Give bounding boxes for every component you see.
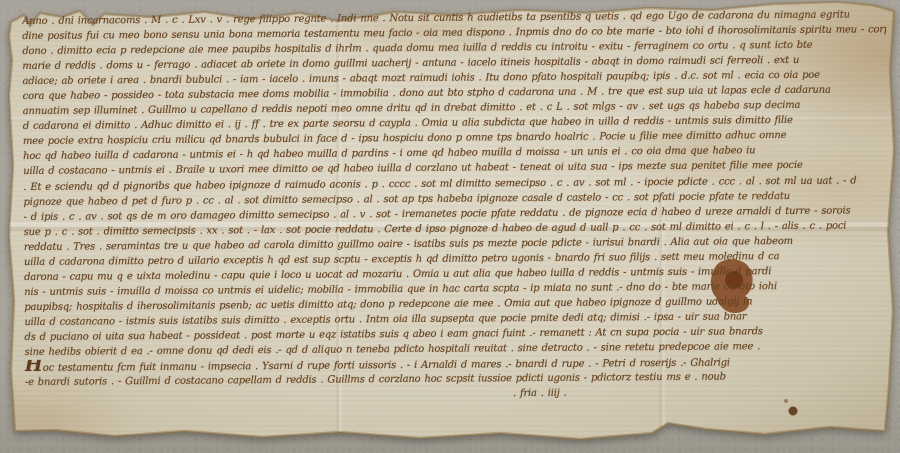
manuscript-line-dateline: . fria . iiij .: [513, 383, 889, 401]
manuscript-text: Anno . dni incarnacoms . M . c . Lxv . v…: [22, 7, 889, 426]
photo-background: Anno . dni incarnacoms . M . c . Lxv . v…: [0, 0, 900, 453]
